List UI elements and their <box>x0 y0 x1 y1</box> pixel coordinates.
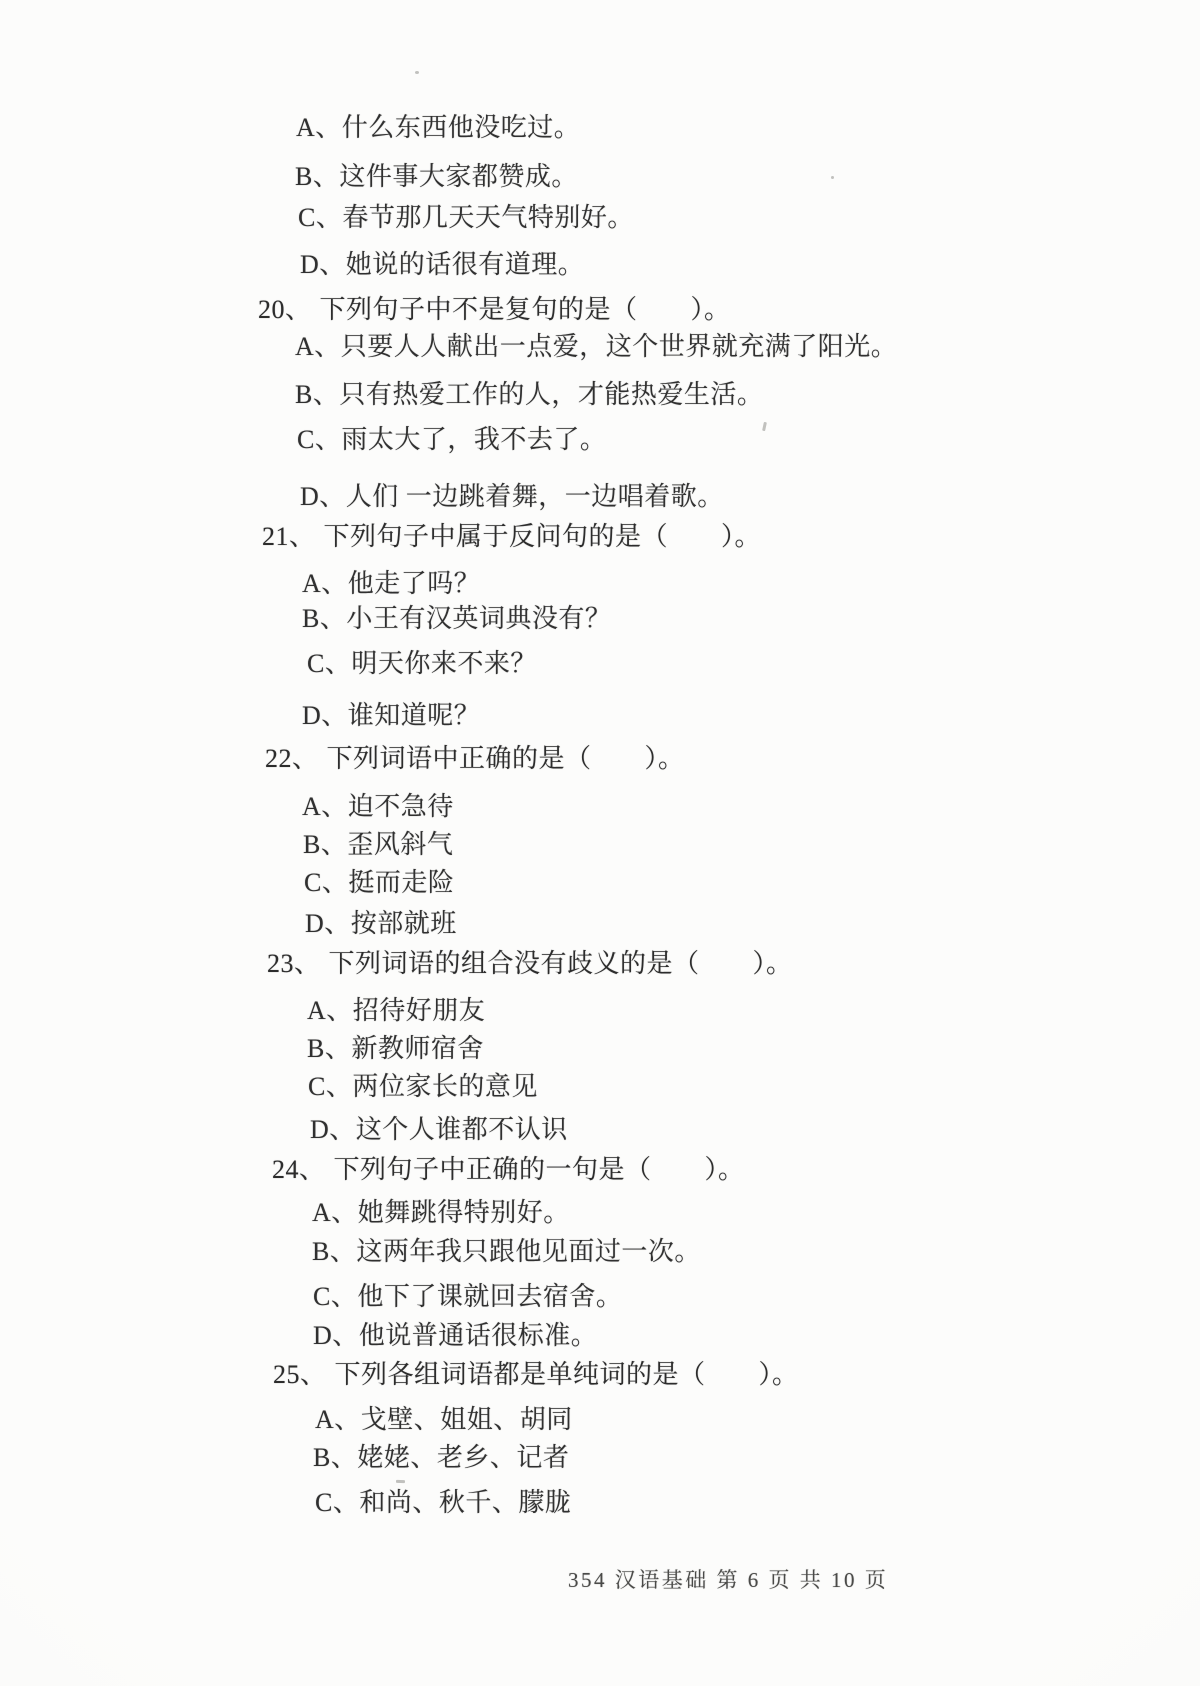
option-line: C、雨太大了，我不去了。 <box>297 426 606 454</box>
option-line: A、招待好朋友 <box>307 997 485 1025</box>
question-line: 22、下列词语中正确的是（ ）。 <box>265 745 685 773</box>
question-number: 23、 <box>267 950 321 978</box>
option-line: C、两位家长的意见 <box>308 1073 538 1101</box>
option-line: C、明天你来不来？ <box>307 650 537 678</box>
option-line: C、和尚、秋千、朦胧 <box>315 1489 571 1517</box>
page-footer: 354 汉语基础 第 6 页 共 10 页 <box>568 1568 888 1592</box>
option-line: C、挺而走险 <box>304 869 454 897</box>
option-line: D、他说普通话很标准。 <box>313 1322 597 1350</box>
option-line: C、他下了课就回去宿舍。 <box>313 1283 622 1311</box>
option-line: D、谁知道呢？ <box>302 702 480 730</box>
option-line: A、他走了吗？ <box>302 570 480 598</box>
scan-speck <box>396 1480 405 1483</box>
question-line: 21、下列句子中属于反问句的是（ ）。 <box>262 523 761 551</box>
option-line: B、新教师宿舍 <box>307 1035 484 1063</box>
option-line: A、迫不急待 <box>302 793 454 821</box>
option-line: A、只要人人献出一点爱，这个世界就充满了阳光。 <box>295 333 897 361</box>
scan-speck <box>831 176 834 179</box>
question-line: 24、下列句子中正确的一句是（ ）。 <box>272 1156 745 1184</box>
question-stem: 下列词语的组合没有歧义的是（ ）。 <box>329 949 793 978</box>
question-number: 20、 <box>258 296 312 324</box>
scan-speck <box>415 71 419 74</box>
question-number: 21、 <box>262 523 316 551</box>
option-line: A、戈壁、姐姐、胡同 <box>315 1406 573 1434</box>
scan-speck <box>762 422 767 431</box>
option-line: B、姥姥、老乡、记者 <box>313 1444 569 1472</box>
option-line: C、春节那几天天气特别好。 <box>298 204 634 232</box>
option-line: B、只有热爱工作的人，才能热爱生活。 <box>295 381 763 409</box>
question-number: 24、 <box>272 1156 326 1184</box>
option-line: D、按部就班 <box>305 910 457 938</box>
option-line: B、小王有汉英词典没有？ <box>302 605 611 633</box>
question-line: 25、下列各组词语都是单纯词的是（ ）。 <box>273 1361 799 1389</box>
option-line: A、她舞跳得特别好。 <box>312 1199 570 1227</box>
question-line: 23、下列词语的组合没有歧义的是（ ）。 <box>267 950 793 978</box>
question-number: 22、 <box>265 745 319 773</box>
option-line: D、这个人谁都不认识 <box>310 1116 568 1144</box>
question-stem: 下列句子中正确的一句是（ ）。 <box>334 1155 745 1184</box>
option-line: B、这两年我只跟他见面过一次。 <box>312 1238 701 1266</box>
question-line: 20、下列句子中不是复句的是（ ）。 <box>258 296 731 324</box>
question-stem: 下列各组词语都是单纯词的是（ ）。 <box>335 1360 799 1389</box>
option-line: D、人们 一边跳着舞，一边唱着歌。 <box>300 483 724 511</box>
question-stem: 下列句子中不是复句的是（ ）。 <box>320 295 731 324</box>
option-line: B、歪风斜气 <box>303 831 453 859</box>
option-line: D、她说的话很有道理。 <box>300 251 584 279</box>
option-line: B、这件事大家都赞成。 <box>295 163 578 191</box>
question-stem: 下列词语中正确的是（ ）。 <box>327 744 685 773</box>
option-line: A、什么东西他没吃过。 <box>296 114 580 142</box>
question-number: 25、 <box>273 1361 327 1389</box>
scanned-exam-page: A、什么东西他没吃过。 B、这件事大家都赞成。 C、春节那几天天气特别好。 D、… <box>0 0 1200 1686</box>
question-stem: 下列句子中属于反问句的是（ ）。 <box>324 522 762 551</box>
